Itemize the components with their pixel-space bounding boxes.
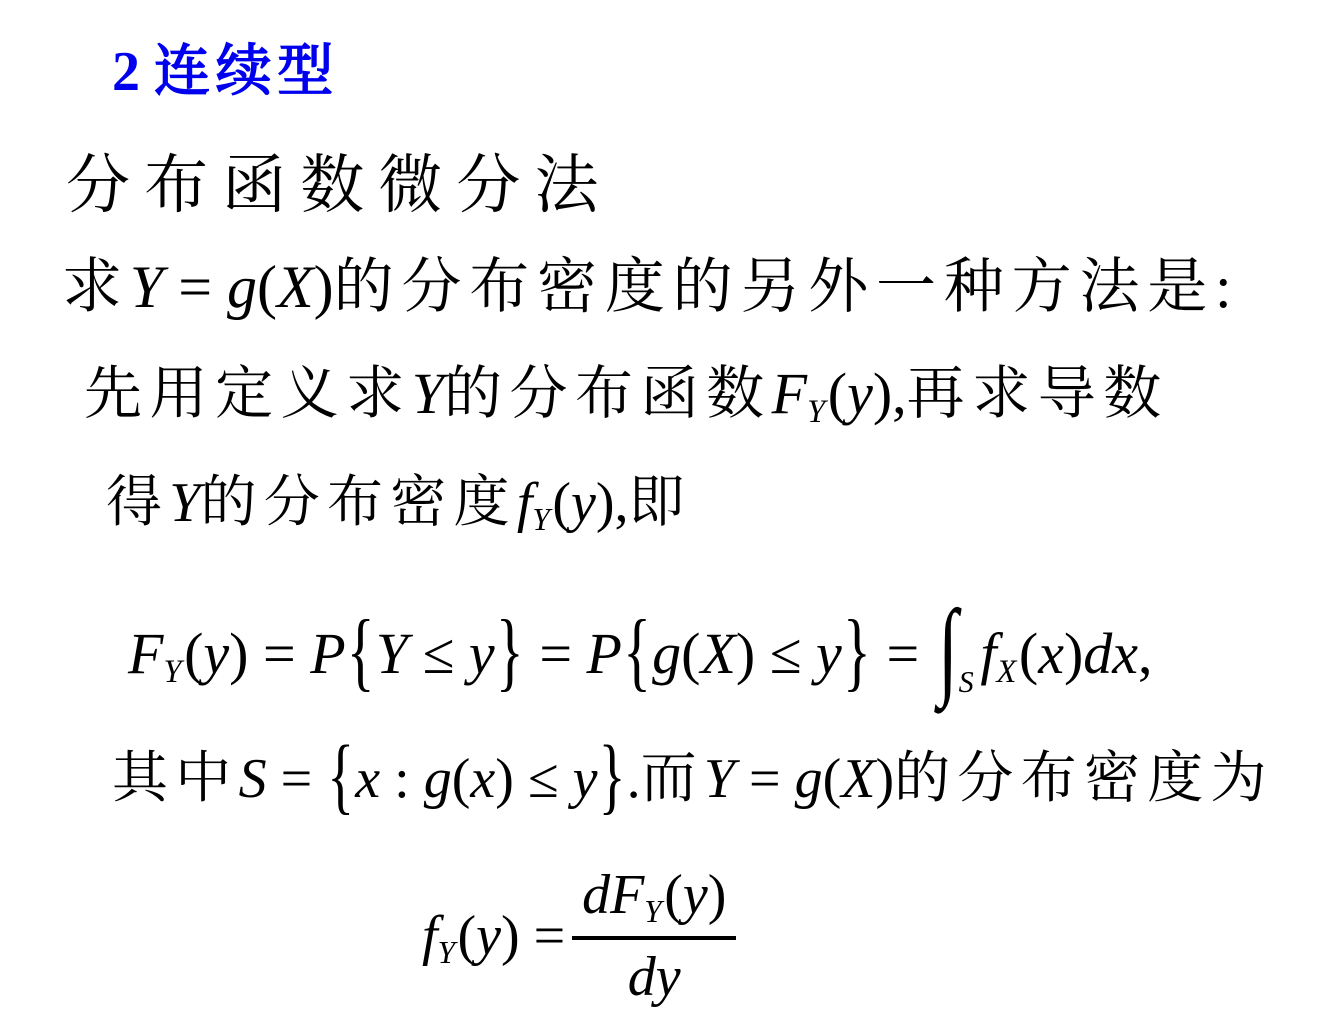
segment: X <box>996 654 1016 690</box>
segment: X <box>841 748 875 810</box>
formula-cdf: FY(y) = P{Y ≤ y} = P{g(X) ≤ y} = ∫SfX(x)… <box>128 606 1153 692</box>
segment: ∫ <box>938 584 958 712</box>
segment: = <box>872 621 934 686</box>
segment: y <box>476 905 501 967</box>
segment: Y <box>807 394 825 430</box>
segment: Y <box>376 621 408 686</box>
segment: ≤ <box>408 621 469 686</box>
segment: X <box>277 254 314 320</box>
segment: ) <box>708 864 727 926</box>
segment: , <box>1138 621 1153 686</box>
segment: ) <box>1064 621 1083 686</box>
line-step2: 得Y的分布密度fY(y),即 <box>106 470 692 536</box>
segment: ( <box>828 361 847 426</box>
segment: ) = <box>229 621 310 686</box>
line-where: 其中S = {x : g(x) ≤ y}.而Y = g(X)的分布密度为 <box>112 746 1274 812</box>
segment: 的分布函数 <box>444 361 772 426</box>
segment: P <box>587 621 622 686</box>
segment: y <box>203 621 229 686</box>
segment: ( <box>552 472 571 534</box>
segment: ) ≤ <box>495 748 572 810</box>
segment: y <box>571 472 596 534</box>
fraction-numerator: dFY(y) <box>572 862 737 940</box>
segment: ( <box>664 864 683 926</box>
segment: dF <box>582 864 644 926</box>
segment: ) ≤ <box>736 621 816 686</box>
segment: g <box>227 254 257 320</box>
segment: 而 <box>641 748 704 810</box>
segment: ) <box>314 254 334 320</box>
segment: g <box>424 748 452 810</box>
segment: 连续型 <box>154 39 339 102</box>
segment: 的分布密度的另外一种方法是: <box>334 254 1240 320</box>
segment: { <box>622 599 652 703</box>
segment: x <box>1038 621 1064 686</box>
segment: 的分布密度 <box>200 472 516 534</box>
segment: . <box>627 748 641 810</box>
segment: 其中 <box>112 748 239 810</box>
segment: 再求导数 <box>907 361 1169 426</box>
segment: Y <box>163 654 181 690</box>
segment: f <box>980 621 996 686</box>
segment: y <box>816 621 842 686</box>
segment: Y <box>130 254 163 320</box>
formula-density-lhs: fY(y) = <box>422 903 565 969</box>
segment: } <box>842 599 872 703</box>
segment: x <box>470 748 495 810</box>
segment: X <box>700 621 735 686</box>
segment: 得 <box>106 472 169 534</box>
segment: Y <box>169 472 200 534</box>
segment: f <box>517 472 533 534</box>
segment: { <box>326 726 355 826</box>
slide-title: 2 连续型 <box>112 38 339 105</box>
segment: y <box>573 748 598 810</box>
segment: S <box>239 748 267 810</box>
fraction: dFY(y) dy <box>572 862 737 1010</box>
segment: Y <box>412 361 444 426</box>
segment: ( <box>458 905 477 967</box>
segment: = <box>267 748 327 810</box>
segment: ) <box>875 748 894 810</box>
segment <box>140 41 154 103</box>
segment: : <box>380 748 424 810</box>
slide: 2 连续型 分布函数微分法 求Y = g(X)的分布密度的另外一种方法是: 先用… <box>0 0 1342 1018</box>
segment: = <box>735 748 795 810</box>
segment: g <box>652 621 681 686</box>
segment: 即 <box>629 472 692 534</box>
segment: Y <box>532 502 549 537</box>
segment: ( <box>452 748 471 810</box>
segment: ( <box>823 748 842 810</box>
segment: ), <box>596 472 629 534</box>
segment: = <box>163 254 227 320</box>
segment: ), <box>873 361 907 426</box>
line-step1: 先用定义求Y的分布函数FY(y),再求导数 <box>84 360 1169 428</box>
segment: S <box>959 665 974 699</box>
segment: Y <box>644 894 661 929</box>
segment: = <box>525 621 587 686</box>
segment: } <box>597 726 626 826</box>
segment: ( <box>681 621 700 686</box>
segment: x <box>355 748 380 810</box>
segment: F <box>772 361 807 426</box>
segment: P <box>310 621 345 686</box>
line-method-heading: 分布函数微分法 <box>66 148 613 224</box>
segment: 2 <box>112 41 140 103</box>
formula-density: fY(y) = dFY(y) dy <box>422 862 736 1010</box>
segment: dy <box>628 946 681 1008</box>
segment: dx <box>1083 621 1138 686</box>
segment: y <box>469 621 495 686</box>
segment: y <box>683 864 708 926</box>
segment: f <box>422 905 438 967</box>
segment: y <box>847 361 873 426</box>
segment: F <box>128 621 163 686</box>
segment: 先用定义求 <box>84 361 412 426</box>
segment: Y <box>438 935 455 970</box>
segment: ( <box>1019 621 1038 686</box>
fraction-denominator: dy <box>628 940 681 1010</box>
segment: ( <box>257 254 277 320</box>
segment: 的分布密度为 <box>894 748 1274 810</box>
segment: Y <box>704 748 735 810</box>
segment: { <box>346 599 376 703</box>
segment: } <box>495 599 525 703</box>
segment: g <box>795 748 823 810</box>
segment: ( <box>184 621 203 686</box>
segment: 求 <box>62 254 130 320</box>
line-intro: 求Y = g(X)的分布密度的另外一种方法是: <box>62 252 1240 323</box>
segment: ) = <box>501 905 565 967</box>
